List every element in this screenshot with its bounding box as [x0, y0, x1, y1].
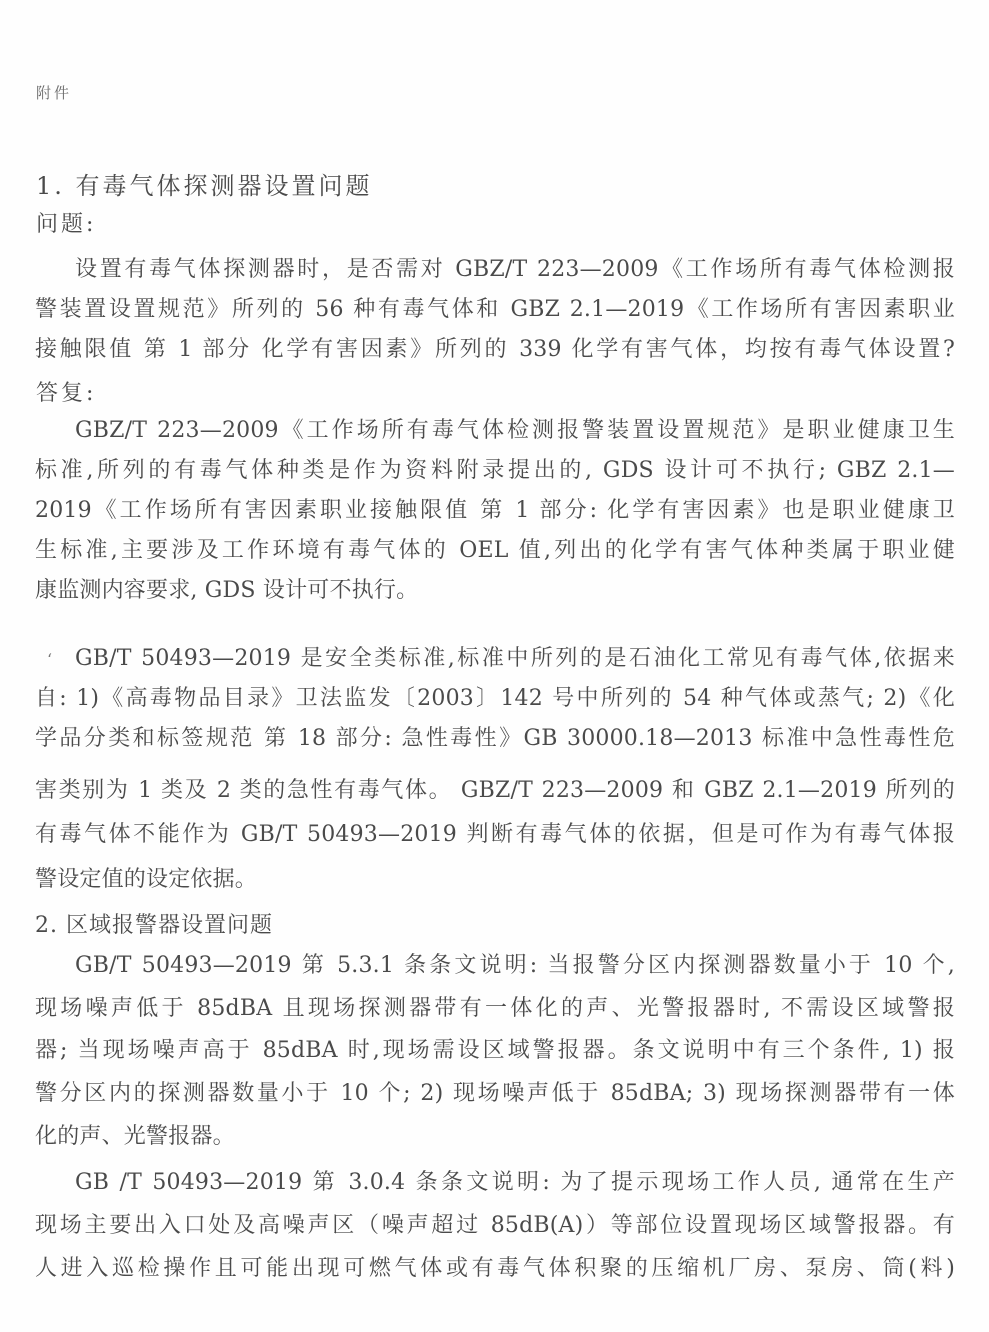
- section2-line: 现场噪声低于 85dBA 且现场探测器带有一体化的声、光警报器时, 不需设区域警…: [35, 995, 955, 1023]
- answer-line: GBZ/T 223—2009《工作场所有毒气体检测报警装置设置规范》是职业健康卫…: [75, 417, 955, 445]
- answer-line: GB/T 50493—2019 是安全类标准,标准中所列的是石油化工常见有毒气体…: [75, 645, 955, 673]
- attachment-label: 附件: [36, 82, 72, 103]
- answer-line: 有毒气体不能作为 GB/T 50493—2019 判断有毒气体的依据，但是可作为…: [35, 821, 955, 849]
- question-label: 问题:: [36, 207, 96, 238]
- section2-line: GB /T 50493—2019 第 3.0.4 条条文说明: 为了提示现场工作…: [75, 1169, 955, 1197]
- question-line: 接触限值 第 1 部分 化学有害因素》所列的 339 化学有害气体，均按有毒气体…: [35, 336, 955, 364]
- section2-line: 现场主要出入口处及高噪声区（噪声超过 85dB(A)）等部位设置现场区域警报器。…: [35, 1212, 955, 1240]
- question-line: 警装置设置规范》所列的 56 种有毒气体和 GBZ 2.1—2019《工作场所有…: [35, 296, 955, 324]
- section2-line: 器; 当现场噪声高于 85dBA 时,现场需设区域警报器。条文说明中有三个条件,…: [35, 1037, 955, 1065]
- answer-line: 学品分类和标签规范 第 18 部分: 急性毒性》GB 30000.18—2013…: [35, 725, 955, 753]
- section2-line: 化的声、光警报器。: [35, 1123, 955, 1151]
- answer-line: 害类别为 1 类及 2 类的急性有毒气体。 GBZ/T 223—2009 和 G…: [35, 777, 955, 805]
- answer-line: 康监测内容要求, GDS 设计可不执行。: [35, 577, 955, 605]
- answer-line: 警设定值的设定依据。: [35, 866, 955, 894]
- section2-line: 人进入巡检操作且可能出现可燃气体或有毒气体积聚的压缩机厂房、泵房、筒(料): [35, 1255, 955, 1283]
- document-page: 附件 1. 有毒气体探测器设置问题 问题: 设置有毒气体探测器时，是否需对 GB…: [0, 0, 989, 1332]
- answer-label: 答复:: [36, 376, 96, 407]
- answer-line: 生标准,主要涉及工作环境有毒气体的 OEL 值,列出的化学有害气体种类属于职业健: [35, 537, 955, 565]
- answer-line: 2019《工作场所有害因素职业接触限值 第 1 部分: 化学有害因素》也是职业健…: [35, 497, 955, 525]
- section2-heading: 2. 区域报警器设置问题: [35, 908, 273, 939]
- scan-mark: ‘: [47, 650, 52, 669]
- answer-line: 自: 1)《高毒物品目录》卫法监发〔2003〕142 号中所列的 54 种气体或…: [35, 685, 955, 713]
- section2-line: GB/T 50493—2019 第 5.3.1 条条文说明: 当报警分区内探测器…: [75, 952, 955, 980]
- section1-heading: 1. 有毒气体探测器设置问题: [36, 166, 373, 201]
- section2-line: 警分区内的探测器数量小于 10 个; 2) 现场噪声低于 85dBA; 3) 现…: [35, 1080, 955, 1108]
- answer-line: 标准,所列的有毒气体种类是作为资料附录提出的, GDS 设计可不执行; GBZ …: [35, 457, 955, 485]
- question-line: 设置有毒气体探测器时，是否需对 GBZ/T 223—2009《工作场所有毒气体检…: [75, 256, 955, 284]
